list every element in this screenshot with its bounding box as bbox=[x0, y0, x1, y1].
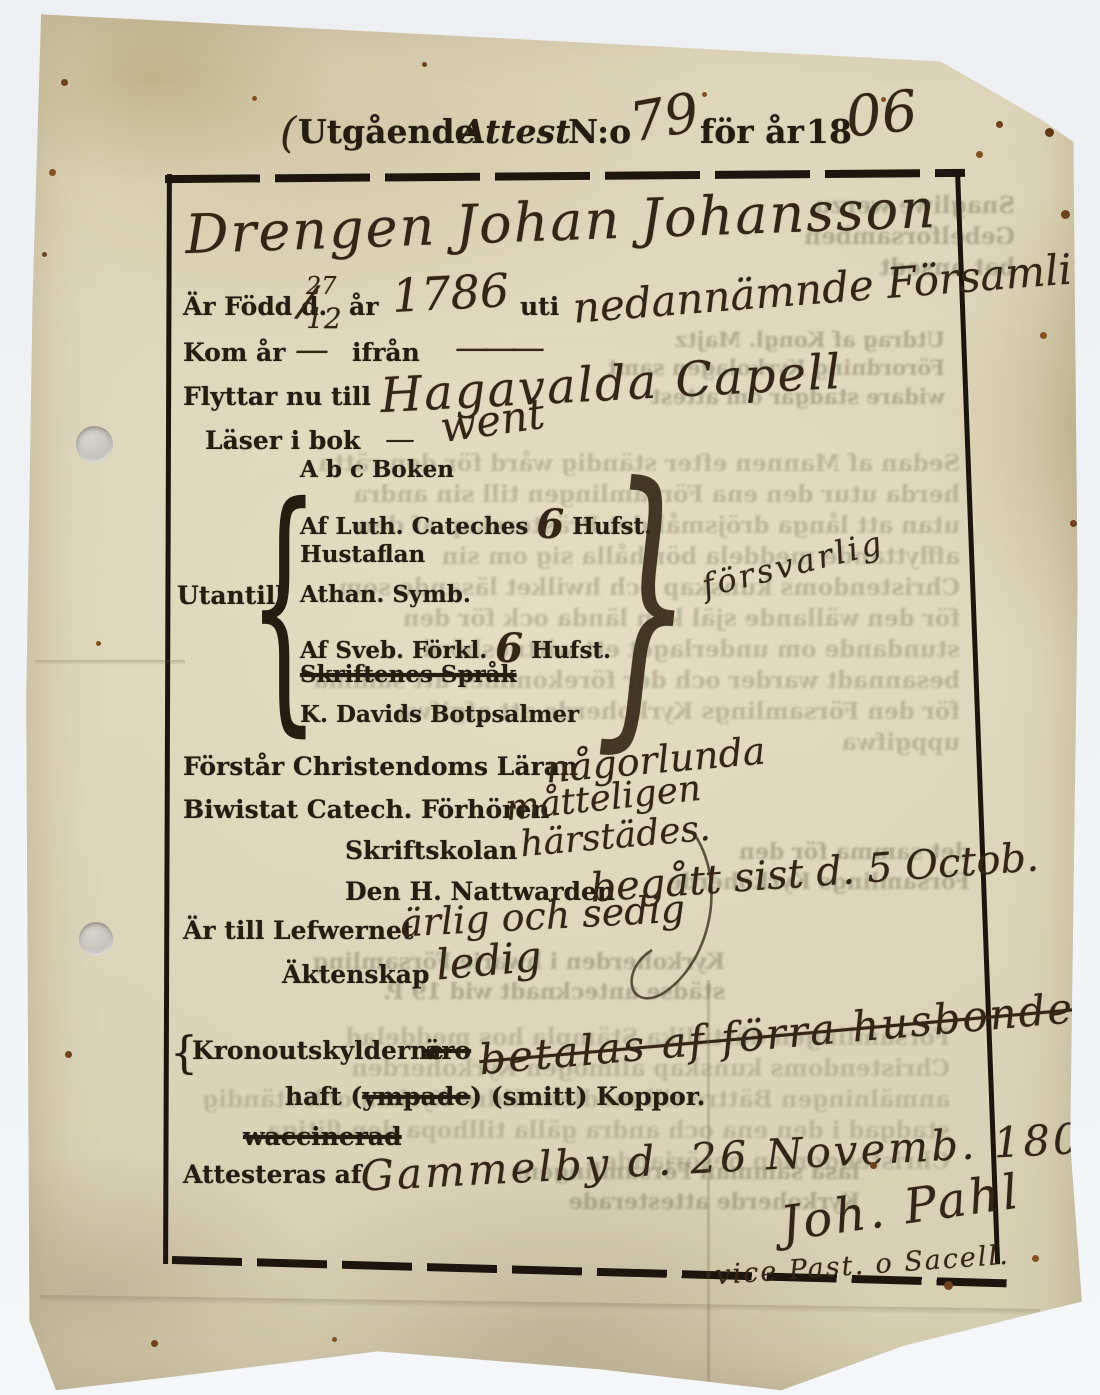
fold-crease-horizontal bbox=[40, 1295, 1040, 1316]
header-utgaende: Utgående bbox=[298, 112, 476, 151]
photo-of-document: Snagliwe werzu Gebelforsamben bat ansedt… bbox=[0, 0, 1100, 1395]
kom-ifran-label: ifrån bbox=[352, 338, 420, 367]
ink-flourish bbox=[600, 830, 760, 1030]
skriftskolan-label: Skriftskolan bbox=[345, 836, 517, 865]
header-year-handwritten: 06 bbox=[843, 78, 921, 150]
aktenskap-value-handwritten: ledig bbox=[434, 931, 543, 989]
document-paper: Snagliwe werzu Gebelforsamben bat ansedt… bbox=[22, 6, 1084, 1393]
foxing-spots bbox=[0, 0, 5, 5]
utantill-item: A b c Boken bbox=[300, 456, 454, 483]
fold-crease-vertical bbox=[706, 980, 711, 1390]
header-no-value-handwritten: 79 bbox=[625, 81, 704, 155]
header-no-label: N:o bbox=[568, 112, 631, 151]
flyttar-label: Flyttar nu till bbox=[183, 382, 371, 411]
born-year-handwritten: 1786 bbox=[391, 263, 511, 323]
utantill-item-label: Af Luth. Cateches bbox=[300, 513, 528, 540]
born-uti-label: uti bbox=[520, 292, 559, 321]
lefwernet-label: Är till Lefwernet bbox=[183, 916, 413, 945]
koppor-label: ) (smitt) bbox=[470, 1082, 587, 1111]
koppor-row: haft (ympade) (smitt) Koppor. bbox=[285, 1082, 705, 1111]
punch-hole bbox=[79, 922, 113, 956]
laser-dash: — bbox=[385, 422, 415, 457]
fold-crease-left bbox=[35, 660, 185, 665]
attesteras-label: Attesteras af bbox=[183, 1160, 362, 1189]
forstar-label: Förstår Christendoms Läran bbox=[183, 752, 578, 781]
koppor-label: Koppor. bbox=[596, 1082, 705, 1111]
header-paren: ( bbox=[280, 108, 296, 157]
utantill-item-struck: Skriftenes Språk bbox=[300, 661, 517, 688]
kom-label: Kom år bbox=[183, 338, 285, 367]
waccinerad-struck: waccinerad bbox=[243, 1122, 402, 1151]
koppor-label: haft ( bbox=[285, 1082, 362, 1111]
aktenskap-label: Äktenskap bbox=[282, 960, 429, 989]
header-for-ar: för år bbox=[700, 112, 804, 151]
punch-hole bbox=[76, 426, 113, 463]
utantill-item: Hustaflan bbox=[300, 541, 425, 568]
utantill-item-label: Af Sveb. Förkl. bbox=[300, 637, 487, 664]
header-attest: Attest bbox=[460, 112, 570, 151]
utantill-right-brace-handwritten: } bbox=[594, 436, 695, 769]
utantill-item: Athan. Symb. bbox=[300, 581, 471, 608]
biwistat-label: Biwistat Catech. Förhören bbox=[183, 795, 549, 824]
krono-label: Kronoutskylderne bbox=[192, 1036, 444, 1065]
kom-dash1-handwritten: — bbox=[295, 330, 329, 370]
utantill-item: K. Davids Botpsalmer bbox=[300, 701, 579, 728]
born-ar-label: år bbox=[349, 292, 378, 321]
koppor-struck-ympade: ympade bbox=[362, 1082, 470, 1111]
box-border-left bbox=[163, 174, 172, 1264]
krono-struck-word: äro bbox=[425, 1036, 471, 1065]
utantill-item-count-handwritten: 6 bbox=[536, 501, 564, 548]
header-year-printed: 18 bbox=[806, 112, 852, 151]
box-border-right bbox=[955, 170, 1000, 1264]
